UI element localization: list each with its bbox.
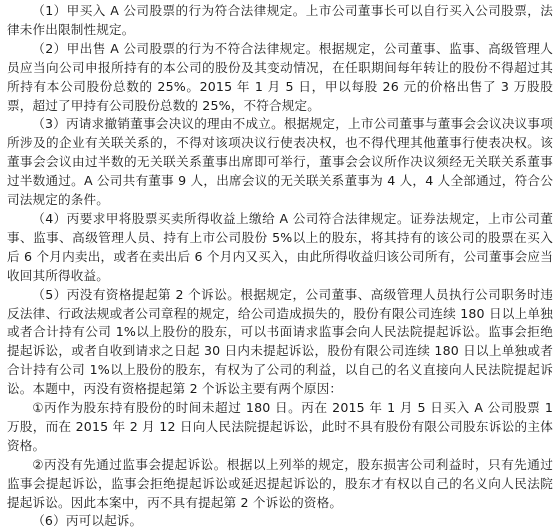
paragraph-5-reason-1: ①丙作为股东持有股份的时间未超过 180 日。丙在 2015 年 1 月 5 日… [7, 399, 553, 435]
paragraph-5: （5）丙没有资格提起第 2 个诉讼。根据规定，公司董事、高级管理人员执行公司职务… [7, 286, 553, 399]
paragraph-3: （3）丙请求撤销董事会决议的理由不成立。根据规定，上市公司董事与董事会会议决议事… [7, 115, 553, 210]
paragraph-4: （4）丙要求甲将股票买卖所得收益上缴给 A 公司符合法律规定。证券法规定，上市公… [7, 210, 553, 286]
paragraph-1: （1）甲买入 A 公司股票的行为符合法律规定。上市公司董事长可以自行买入公司股票… [7, 2, 553, 40]
document-body: （1）甲买入 A 公司股票的行为符合法律规定。上市公司董事长可以自行买入公司股票… [7, 2, 553, 435]
paragraph-2: （2）甲出售 A 公司股票的行为不符合法律规定。根据规定，公司董事、监事、高级管… [7, 40, 553, 116]
